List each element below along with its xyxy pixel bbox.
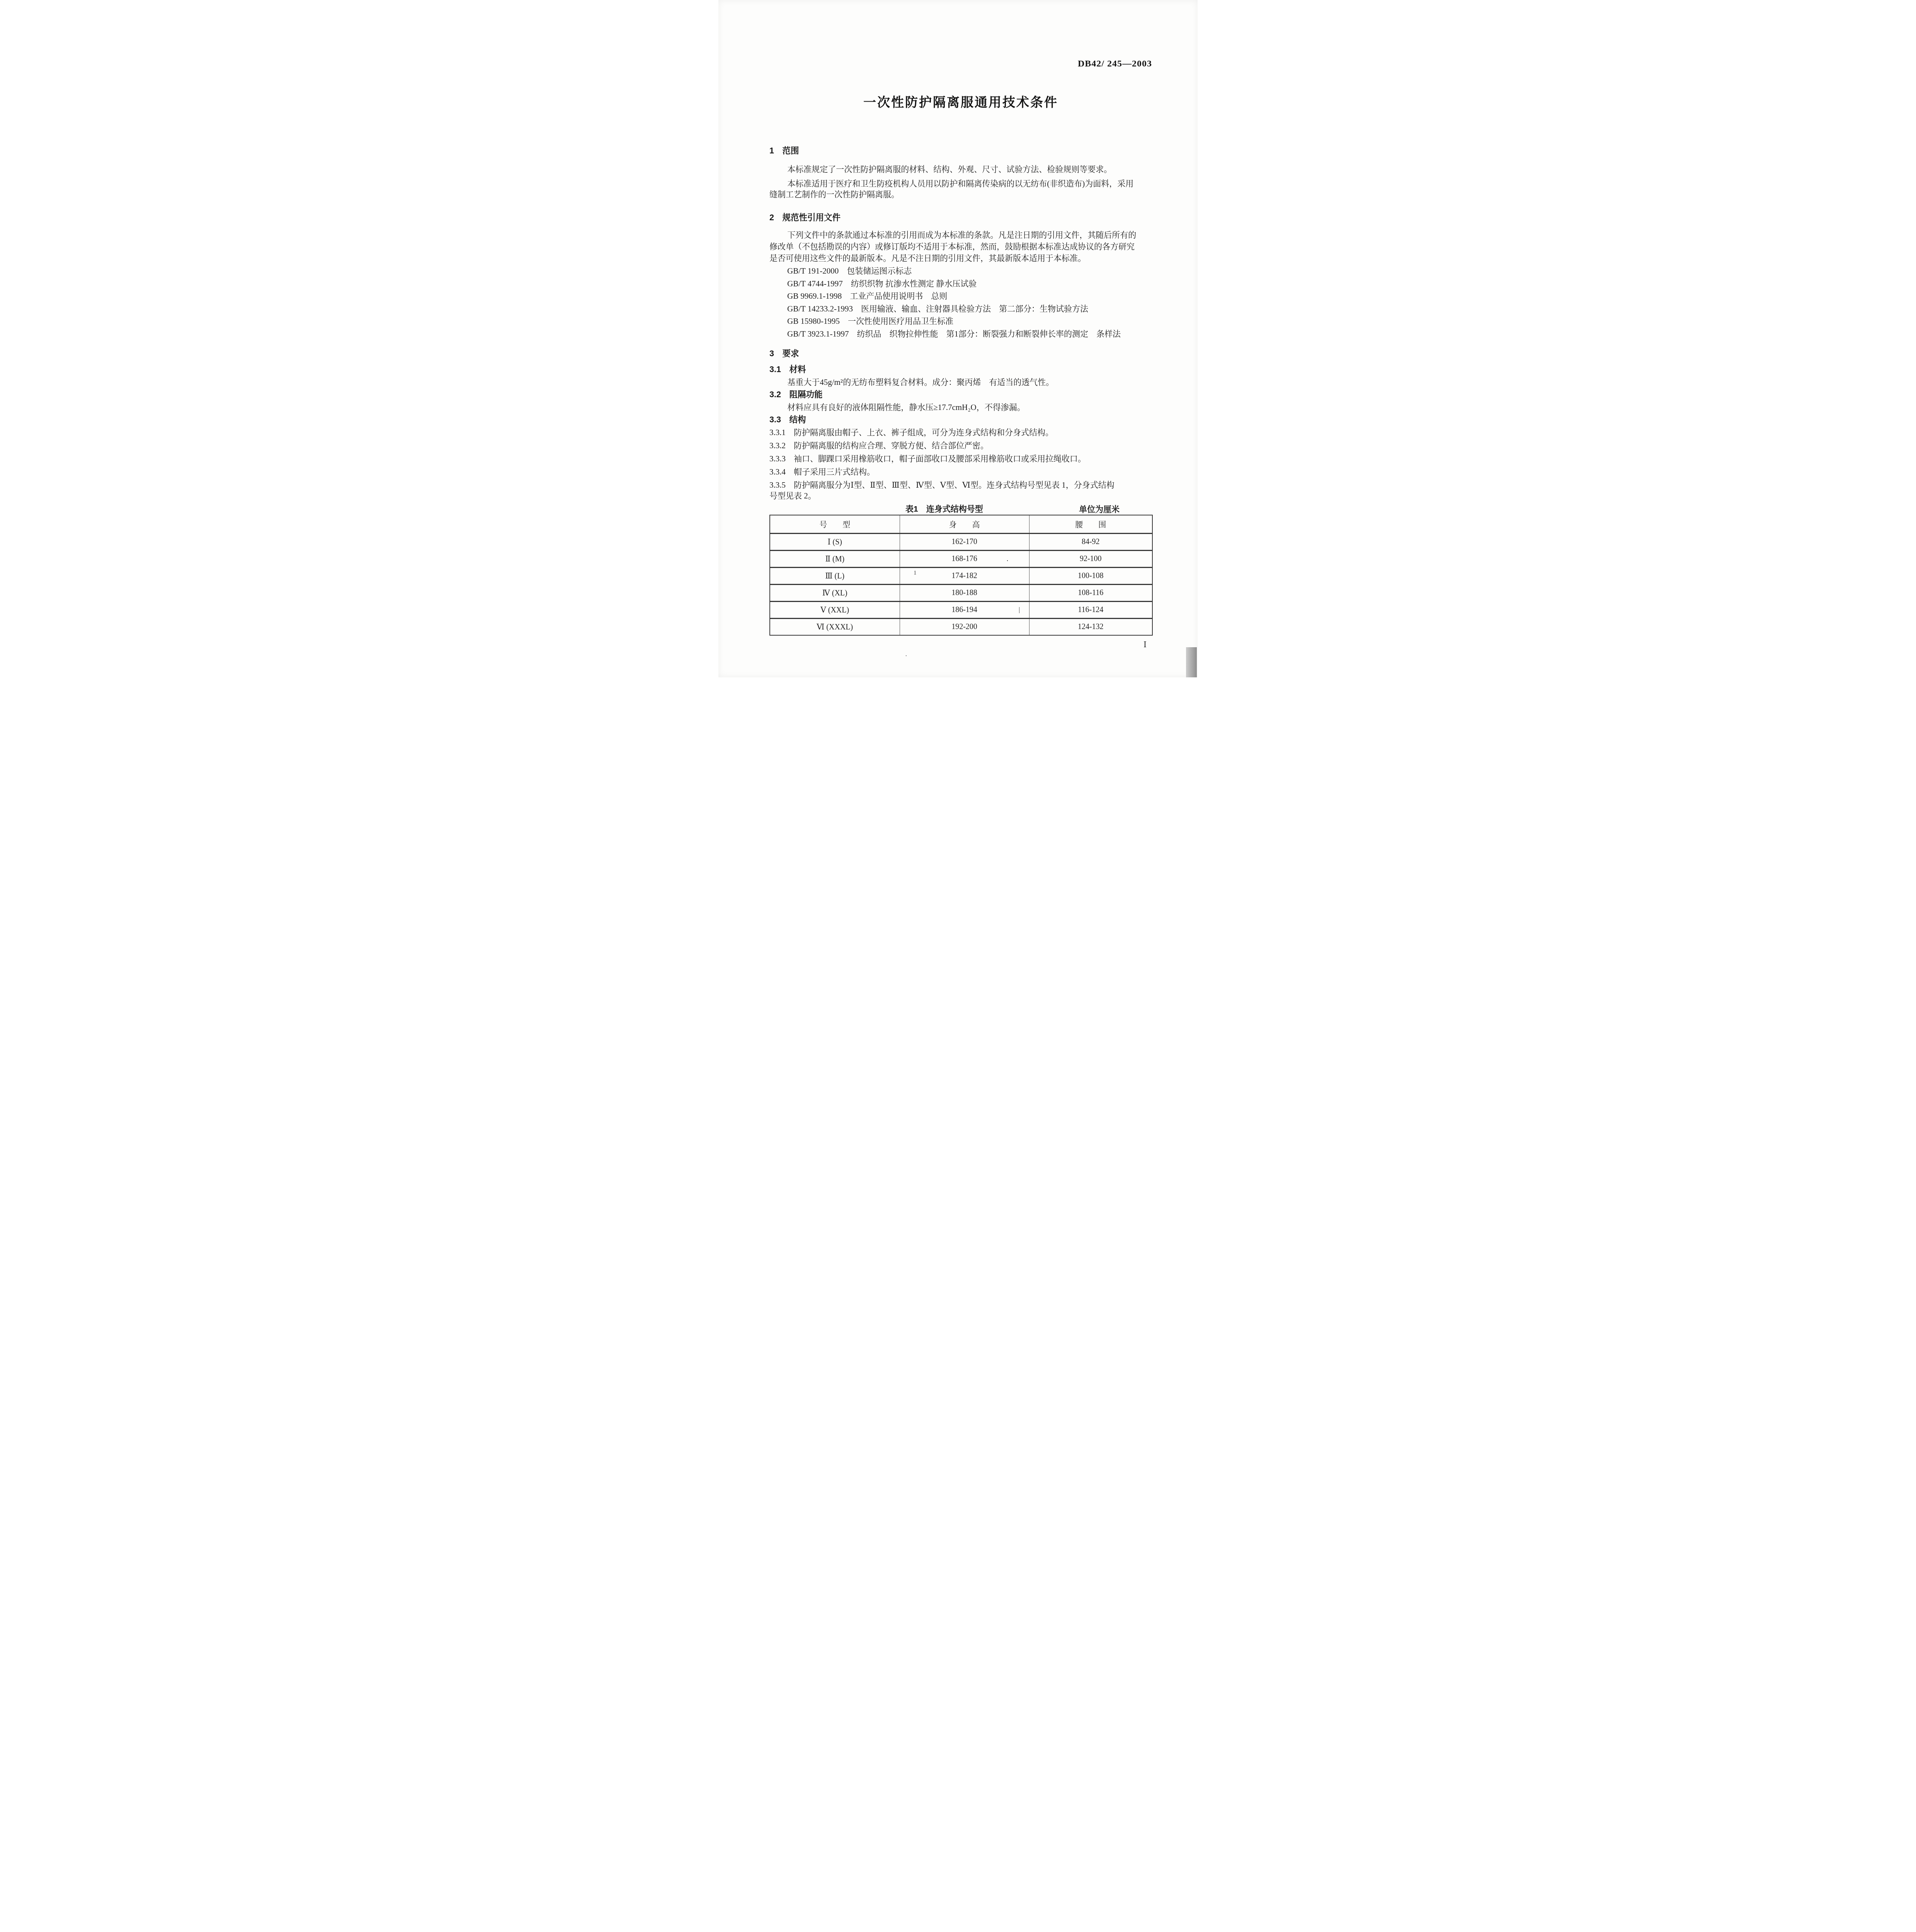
table1-size-chart: 号 型 身 高 腰 围 Ⅰ (S) 162-170 84-92 Ⅱ (M) 16… [769,515,1153,636]
section-2-heading: 2 规范性引用文件 [769,212,1152,223]
column-header-height: 身 高 [900,515,1029,534]
cell-height: 168-176 [900,551,1029,568]
scan-artifact: | [1019,606,1020,614]
cell-waist: 92-100 [1029,551,1152,568]
section-1-heading: 1 范围 [769,145,1152,156]
document-page: DB42/ 245—2003 一次性防护隔离服通用技术条件 1 范围 本标准规定… [718,0,1198,677]
cell-height: 186-194 [900,602,1029,619]
cell-model: Ⅰ (S) [770,534,900,551]
reference-item: GB/T 14233.2-1993 医用输液、输血、注射器具检验方法 第二部分：… [787,303,1152,315]
table1-unit-note: 单位为厘米 [1079,504,1120,515]
table1-caption-row: 表1 连身式结构号型 单位为厘米 [769,504,1152,515]
clause-3-3-5: 3.3.5 防护隔离服分为Ⅰ型、Ⅱ型、Ⅲ型、Ⅳ型、Ⅴ型、Ⅵ型。连身式结构号型见表… [769,480,1152,501]
page-content: DB42/ 245—2003 一次性防护隔离服通用技术条件 1 范围 本标准规定… [718,0,1198,636]
section-3-heading: 3 要求 [769,348,1152,359]
cell-waist: 124-132 [1029,619,1152,636]
cell-model: Ⅴ (XXL) [770,602,900,619]
reference-item: GB/T 191-2000 包装储运图示标志 [787,265,1152,277]
scan-artifact: · [905,652,907,660]
section-3-3-heading: 3.3 结构 [769,414,1152,425]
reference-item: GB 15980-1995 一次性使用医疗用品卫生标准 [787,315,1152,328]
scan-artifact: · [1006,557,1009,565]
table-row: Ⅰ (S) 162-170 84-92 [770,534,1152,551]
cell-model: Ⅵ (XXXL) [770,619,900,636]
section-1-paragraph-1: 本标准规定了一次性防护隔离服的材料、结构、外观、尺寸、试验方法、检验规则等要求。 [769,164,1152,175]
clause-3-3-3: 3.3.3 袖口、脚踝口采用橡筋收口，帽子面部收口及腰部采用橡筋收口或采用拉绳收… [769,453,1152,464]
clause-3-3-1: 3.3.1 防护隔离服由帽子、上衣、裤子组成，可分为连身式结构和分身式结构。 [769,427,1152,438]
cell-height: 174-182 [900,568,1029,585]
table-row: Ⅲ (L) 174-182 100-108 [770,568,1152,585]
reference-item: GB 9969.1-1998 工业产品使用说明书 总则 [787,290,1152,303]
table-row: Ⅱ (M) 168-176 92-100 [770,551,1152,568]
cell-height: 180-188 [900,585,1029,602]
section-3-2-heading: 3.2 阻隔功能 [769,389,1152,400]
cell-waist: 108-116 [1029,585,1152,602]
cell-height: 162-170 [900,534,1029,551]
cell-model: Ⅲ (L) [770,568,900,585]
cell-waist: 84-92 [1029,534,1152,551]
cell-height: 192-200 [900,619,1029,636]
normative-references-list: GB/T 191-2000 包装储运图示标志 GB/T 4744-1997 纺织… [769,265,1152,340]
section-3-1-body: 基重大于45g/m²的无纺布塑料复合材料。成分：聚丙烯 有适当的透气性。 [769,377,1152,388]
cell-model: Ⅳ (XL) [770,585,900,602]
table-row: Ⅵ (XXXL) 192-200 124-132 [770,619,1152,636]
cell-model: Ⅱ (M) [770,551,900,568]
table-header-row: 号 型 身 高 腰 围 [770,515,1152,534]
reference-item: GB/T 3923.1-1997 纺织品 织物拉伸性能 第1部分：断裂强力和断裂… [787,328,1152,340]
section-3-3-items: 3.3.1 防护隔离服由帽子、上衣、裤子组成，可分为连身式结构和分身式结构。 3… [769,427,1152,501]
clause-3-3-4: 3.3.4 帽子采用三片式结构。 [769,466,1152,477]
reference-item: GB/T 4744-1997 纺织织物 抗渗水性测定 静水压试验 [787,277,1152,290]
section-3-2-body: 材料应具有良好的液体阻隔性能，静水压≥17.7cmH₂O，不得渗漏。 [769,402,1152,413]
cell-waist: 116-124 [1029,602,1152,619]
scan-artifact: 1 [914,570,917,577]
table1-caption: 表1 连身式结构号型 [905,504,983,515]
table-row: Ⅴ (XXL) 186-194 116-124 [770,602,1152,619]
column-header-model: 号 型 [770,515,900,534]
clause-3-3-2: 3.3.2 防护隔离服的结构应合理、穿脱方便、结合部位严密。 [769,440,1152,451]
table-row: Ⅳ (XL) 180-188 108-116 [770,585,1152,602]
scan-corner-block [1186,647,1197,677]
page-number: Ⅰ [1143,640,1147,650]
column-header-waist: 腰 围 [1029,515,1152,534]
section-3-1-heading: 3.1 材料 [769,364,1152,375]
cell-waist: 100-108 [1029,568,1152,585]
document-title: 一次性防护隔离服通用技术条件 [769,94,1152,111]
section-2-paragraph-1: 下列文件中的条款通过本标准的引用而成为本标准的条款。凡是注日期的引用文件，其随后… [769,229,1152,264]
section-1-paragraph-2: 本标准适用于医疗和卫生防疫机构人员用以防护和隔离传染病的以无纺布(非织造布)为面… [769,178,1152,200]
standard-number: DB42/ 245—2003 [769,58,1152,70]
